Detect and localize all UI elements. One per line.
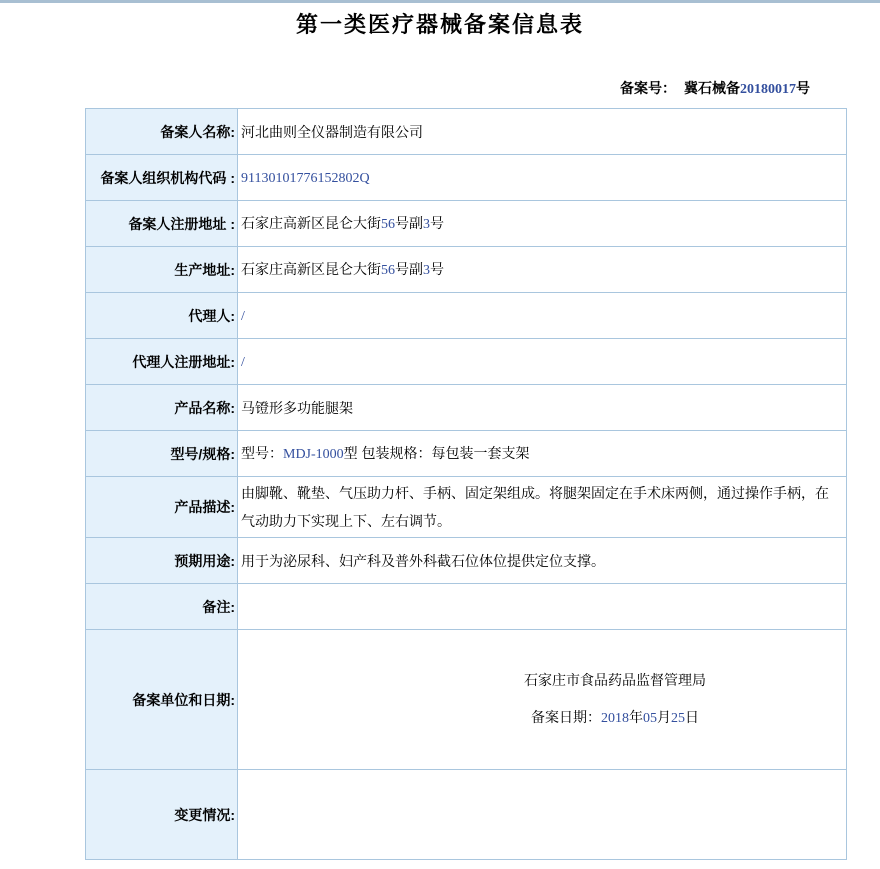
row-label: 代理人: xyxy=(86,293,238,339)
row-value: / xyxy=(238,339,847,385)
row-label: 备案单位和日期: xyxy=(86,630,238,770)
row-value-line: 备案日期：2018年05月25日 xyxy=(388,703,842,733)
latin-text: 56 xyxy=(381,263,395,278)
row-value: 石家庄高新区昆仑大街56号副3号 xyxy=(238,201,847,247)
row-value: 石家庄市食品药品监督管理局备案日期：2018年05月25日 xyxy=(238,630,847,770)
table-row: 产品描述:由脚靴、靴垫、气压助力杆、手柄、固定架组成。将腿架固定在手术床两侧，通… xyxy=(86,477,847,538)
latin-text: MDJ-1000 xyxy=(283,447,344,462)
row-value: 河北曲则全仪器制造有限公司 xyxy=(238,109,847,155)
filing-number-value: 冀石械备20180017号 xyxy=(684,80,810,96)
latin-text: 05 xyxy=(643,711,657,726)
table-row: 变更情况: xyxy=(86,770,847,860)
top-bar xyxy=(0,0,880,3)
table-row: 备注: xyxy=(86,584,847,630)
latin-text: 20180017 xyxy=(740,82,796,97)
row-value: 由脚靴、靴垫、气压助力杆、手柄、固定架组成。将腿架固定在手术床两侧，通过操作手柄… xyxy=(238,477,847,538)
filing-table: 备案人名称:河北曲则全仪器制造有限公司备案人组织机构代码 :9113010177… xyxy=(85,108,847,860)
row-value xyxy=(238,584,847,630)
row-label: 代理人注册地址: xyxy=(86,339,238,385)
row-value: 用于为泌尿科、妇产科及普外科截石位体位提供定位支撑。 xyxy=(238,538,847,584)
row-value-line: 石家庄市食品药品监督管理局 xyxy=(388,666,842,694)
table-row: 产品名称:马镫形多功能腿架 xyxy=(86,385,847,431)
latin-text: 2018 xyxy=(601,711,629,726)
row-label: 变更情况: xyxy=(86,770,238,860)
row-label: 预期用途: xyxy=(86,538,238,584)
latin-text: / xyxy=(241,355,245,370)
row-value: 91130101776152802Q xyxy=(238,155,847,201)
latin-text: / xyxy=(241,309,245,324)
page-title: 第一类医疗器械备案信息表 xyxy=(0,12,880,38)
row-label: 备案人注册地址 : xyxy=(86,201,238,247)
table-row: 型号/规格:型号：MDJ-1000型 包装规格：每包装一套支架 xyxy=(86,431,847,477)
filing-table-body: 备案人名称:河北曲则全仪器制造有限公司备案人组织机构代码 :9113010177… xyxy=(86,109,847,860)
row-label: 备注: xyxy=(86,584,238,630)
table-row: 生产地址:石家庄高新区昆仑大街56号副3号 xyxy=(86,247,847,293)
row-value: 石家庄高新区昆仑大街56号副3号 xyxy=(238,247,847,293)
row-value: / xyxy=(238,293,847,339)
table-row: 备案人名称:河北曲则全仪器制造有限公司 xyxy=(86,109,847,155)
latin-text: 56 xyxy=(381,217,395,232)
row-label: 产品描述: xyxy=(86,477,238,538)
table-row: 代理人注册地址:/ xyxy=(86,339,847,385)
row-label: 备案人名称: xyxy=(86,109,238,155)
table-row: 预期用途:用于为泌尿科、妇产科及普外科截石位体位提供定位支撑。 xyxy=(86,538,847,584)
latin-text: 3 xyxy=(423,217,430,232)
filing-number-label: 备案号： xyxy=(620,80,676,96)
row-value xyxy=(238,770,847,860)
row-value: 马镫形多功能腿架 xyxy=(238,385,847,431)
filing-number: 备案号：冀石械备20180017号 xyxy=(0,79,810,99)
row-value: 型号：MDJ-1000型 包装规格：每包装一套支架 xyxy=(238,431,847,477)
row-label: 备案人组织机构代码 : xyxy=(86,155,238,201)
table-row: 备案人注册地址 :石家庄高新区昆仑大街56号副3号 xyxy=(86,201,847,247)
row-label: 生产地址: xyxy=(86,247,238,293)
table-row: 备案人组织机构代码 :91130101776152802Q xyxy=(86,155,847,201)
latin-text: 3 xyxy=(423,263,430,278)
table-row: 备案单位和日期:石家庄市食品药品监督管理局备案日期：2018年05月25日 xyxy=(86,630,847,770)
latin-text: 25 xyxy=(671,711,685,726)
row-label: 产品名称: xyxy=(86,385,238,431)
latin-text: 91130101776152802Q xyxy=(241,171,370,186)
row-label: 型号/规格: xyxy=(86,431,238,477)
table-row: 代理人:/ xyxy=(86,293,847,339)
